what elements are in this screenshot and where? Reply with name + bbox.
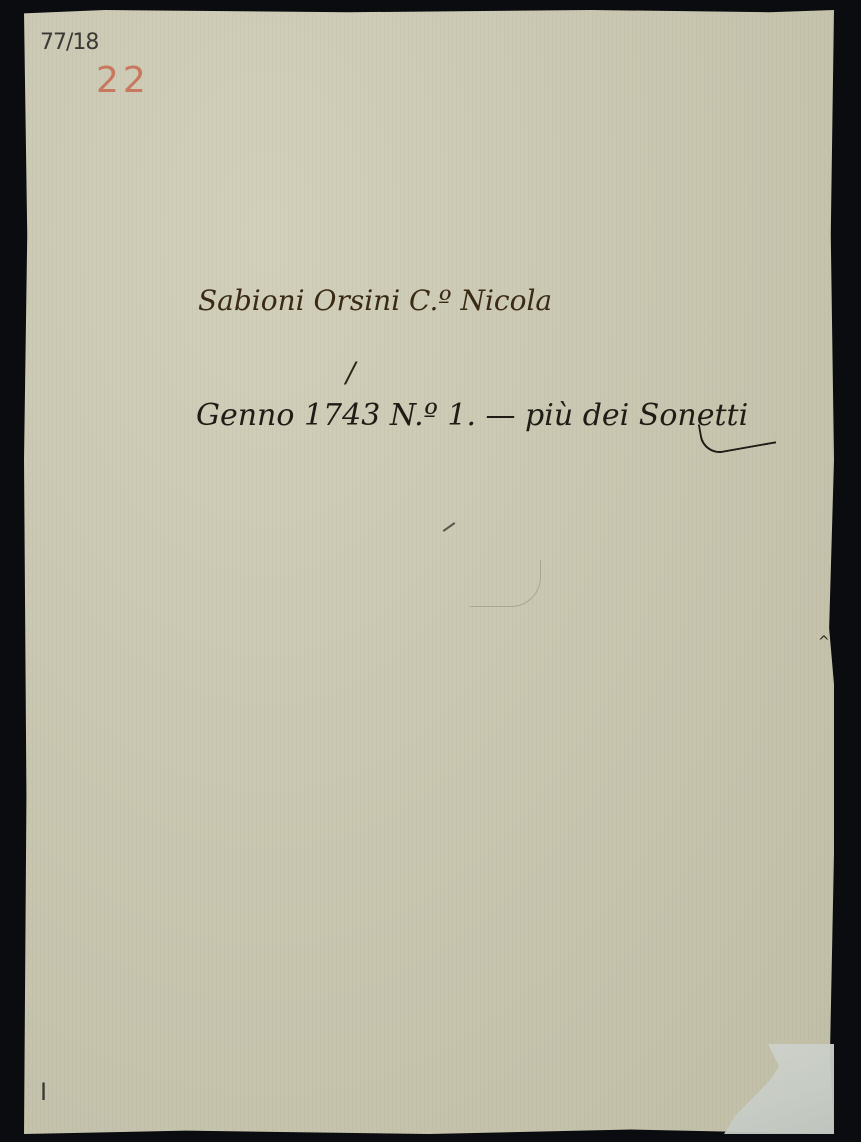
title-line: Sabioni Orsini C.º Nicola	[198, 284, 552, 317]
content-line: Genno 1743 N.º 1. — più dei Sonetti	[196, 398, 748, 433]
paper-sheet	[24, 10, 834, 1134]
separator-mark: /	[346, 356, 355, 389]
manuscript-scan: 77/18 22 Sabioni Orsini C.º Nicola / Gen…	[0, 0, 861, 1142]
folio-number: 22	[96, 60, 150, 101]
archive-reference: 77/18	[40, 30, 98, 55]
bottom-mark: I	[40, 1078, 47, 1106]
edge-mark: ^	[818, 634, 830, 650]
